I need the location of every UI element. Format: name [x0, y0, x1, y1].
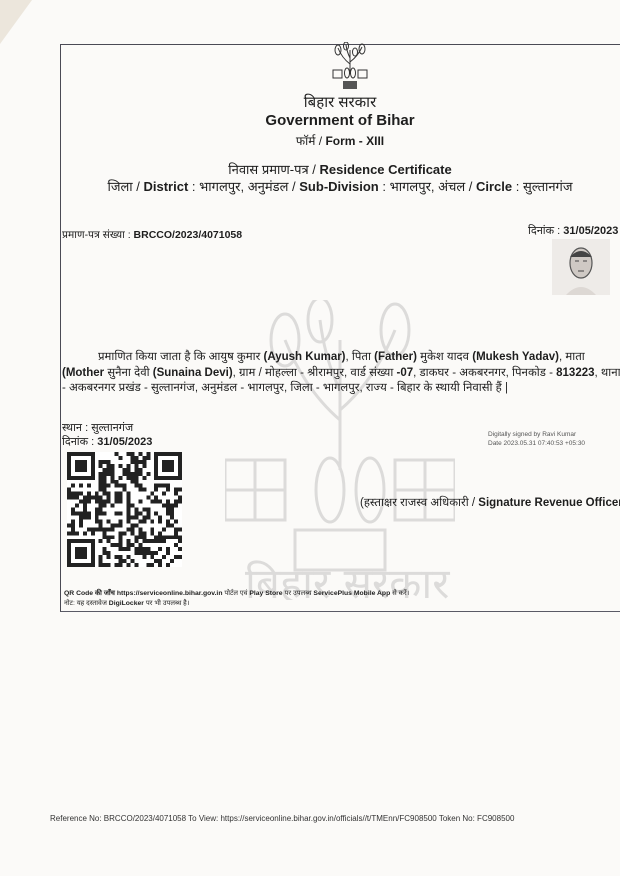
circle-value: सुल्तानगंज [523, 179, 573, 194]
issue-date: दिनांक : 31/05/2023 [528, 223, 618, 238]
subdivision-value: भागलपुर [390, 179, 431, 194]
place-value: सुल्तानगंज [91, 422, 133, 434]
reference-line: Reference No: BRCCO/2023/4071058 To View… [50, 814, 514, 823]
place-date-block: स्थान : सुल्तानगंज दिनांक : 31/05/2023 [62, 421, 152, 449]
page-fold [0, 0, 32, 44]
applicant-name: (Ayush Kumar) [264, 351, 346, 363]
qr-verification-note: QR Code की जाँच https://serviceonline.bi… [64, 589, 409, 609]
father-name: (Mukesh Yadav) [472, 351, 559, 363]
jurisdiction-line: जिला / District : भागलपुर, अनुमंडल / Sub… [60, 177, 620, 195]
certificate-number: प्रमाण-पत्र संख्या : BRCCO/2023/4071058 [62, 228, 242, 242]
govt-title-english: Government of Bihar [60, 112, 620, 129]
signature-label: (हस्ताक्षर राजस्व अधिकारी / Signature Re… [360, 495, 620, 510]
mother-name: (Sunaina Devi) [153, 367, 233, 379]
certificate-body: प्रमाणित किया जाता है कि आयुष कुमार (Ayu… [62, 350, 620, 397]
govt-title-hindi: बिहार सरकार [60, 92, 620, 112]
district-value: भागलपुर [199, 179, 240, 194]
bihar-emblem-icon [330, 42, 370, 92]
qr-code-icon[interactable] [67, 452, 182, 567]
certificate-type: निवास प्रमाण-पत्र / Residence Certificat… [60, 160, 620, 178]
form-number: फॉर्म / Form - XIII [60, 132, 620, 149]
digital-signature: Digitally signed by Ravi Kumar Date 2023… [488, 430, 585, 448]
pincode: 813223 [556, 367, 594, 379]
place-date-value: 31/05/2023 [97, 436, 152, 448]
verification-link[interactable]: https://serviceonline.bihar.gov.in [117, 590, 223, 597]
emblem-watermark-icon: बिहार सरकार [225, 300, 455, 600]
applicant-photo-icon [552, 239, 610, 295]
